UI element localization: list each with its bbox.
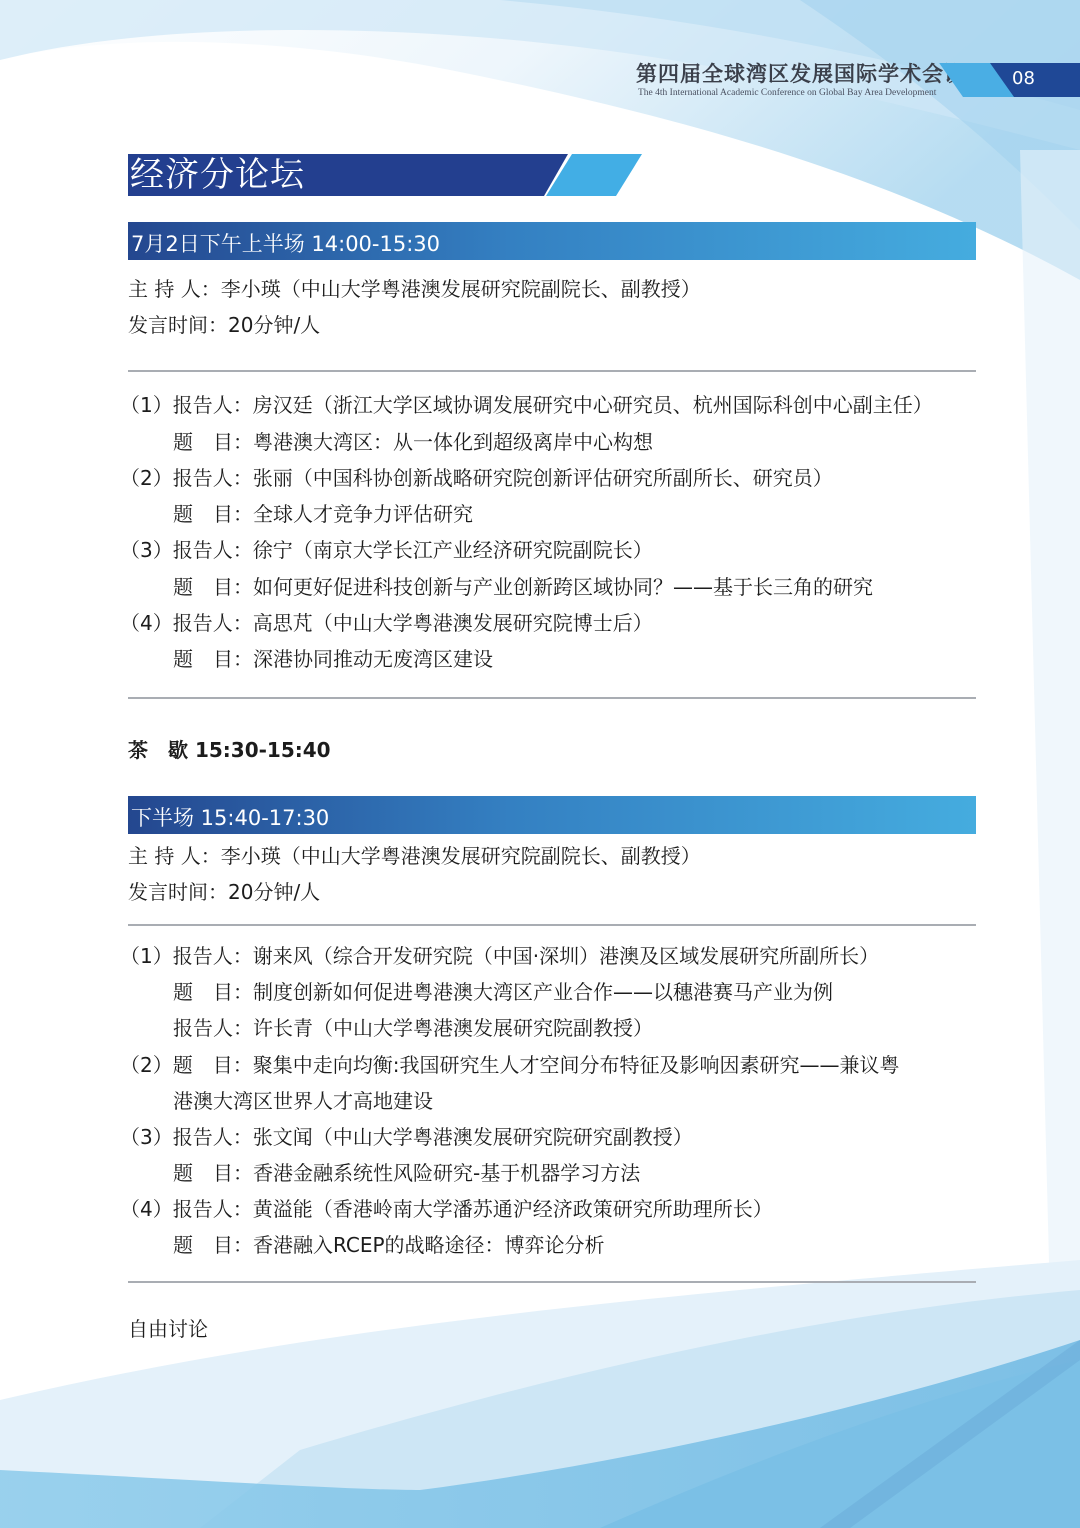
divider	[128, 697, 976, 699]
free-discussion: 自由讨论	[128, 1316, 208, 1342]
program-page: 第四届全球湾区发展国际学术会议 The 4th International Ac…	[0, 0, 1080, 1528]
session2-talk1-topic: 题 目：制度创新如何促进粤港澳大湾区产业合作——以穗港赛马产业为例	[173, 979, 833, 1005]
conference-title-en: The 4th International Academic Conferenc…	[638, 88, 936, 98]
session1-header: 7月2日下午上半场 14:00-15:30	[128, 222, 976, 260]
session2-talk2-topic-cont: 港澳大湾区世界人才高地建设	[173, 1088, 433, 1114]
session2-talk1-speaker: （1）报告人：谢来风（综合开发研究院（中国·深圳）港澳及区域发展研究所副所长）	[120, 943, 879, 969]
session2-talk4-speaker: （4）报告人：黄溢能（香港岭南大学潘苏通沪经济政策研究所助理所长）	[120, 1196, 773, 1222]
session1-duration: 发言时间：20分钟/人	[128, 312, 320, 338]
session1-talk1-speaker: （1）报告人：房汉廷（浙江大学区域协调发展研究中心研究员、杭州国际科创中心副主任…	[120, 392, 933, 418]
session1-talk2-topic: 题 目：全球人才竞争力评估研究	[173, 501, 473, 527]
session1-talk3-speaker: （3）报告人：徐宁（南京大学长江产业经济研究院副院长）	[120, 537, 653, 563]
session2-heading: 下半场 15:40-17:30	[131, 802, 329, 832]
session2-talk3-topic: 题 目：香港金融系统性风险研究-基于机器学习方法	[173, 1160, 640, 1186]
conference-title-cn: 第四届全球湾区发展国际学术会议	[636, 58, 966, 88]
session1-talk2-speaker: （2）报告人：张丽（中国科协创新战略研究院创新评估研究所副所长、研究员）	[120, 465, 833, 491]
session2-talk3-speaker: （3）报告人：张文闻（中山大学粤港澳发展研究院研究副教授）	[120, 1124, 693, 1150]
page-number: 08	[1012, 68, 1035, 89]
session2-talk2-topic: （2）题 目：聚集中走向均衡:我国研究生人才空间分布特征及影响因素研究——兼议粤	[120, 1052, 899, 1078]
session1-talk1-topic: 题 目：粤港澳大湾区：从一体化到超级离岸中心构想	[173, 429, 653, 455]
session2-talk4-topic: 题 目：香港融入RCEP的战略途径：博弈论分析	[173, 1232, 605, 1258]
session1-heading: 7月2日下午上半场 14:00-15:30	[131, 228, 440, 258]
session1-host: 主 持 人：李小瑛（中山大学粤港澳发展研究院副院长、副教授）	[128, 276, 701, 302]
divider	[128, 1281, 976, 1283]
divider	[128, 924, 976, 926]
session2-header: 下半场 15:40-17:30	[128, 796, 976, 834]
tea-break: 茶 歇 15:30-15:40	[128, 737, 331, 763]
session1-talk3-topic: 题 目：如何更好促进科技创新与产业创新跨区域协同？——基于长三角的研究	[173, 574, 873, 600]
divider	[128, 370, 976, 372]
session2-host: 主 持 人：李小瑛（中山大学粤港澳发展研究院副院长、副教授）	[128, 843, 701, 869]
session1-talk4-speaker: （4）报告人：高思芃（中山大学粤港澳发展研究院博士后）	[120, 610, 653, 636]
session2-duration: 发言时间：20分钟/人	[128, 879, 320, 905]
session2-talk2-speaker: 报告人：许长青（中山大学粤港澳发展研究院副教授）	[173, 1015, 653, 1041]
session1-talk4-topic: 题 目：深港协同推动无废湾区建设	[173, 646, 493, 672]
forum-title: 经济分论坛	[130, 153, 305, 197]
